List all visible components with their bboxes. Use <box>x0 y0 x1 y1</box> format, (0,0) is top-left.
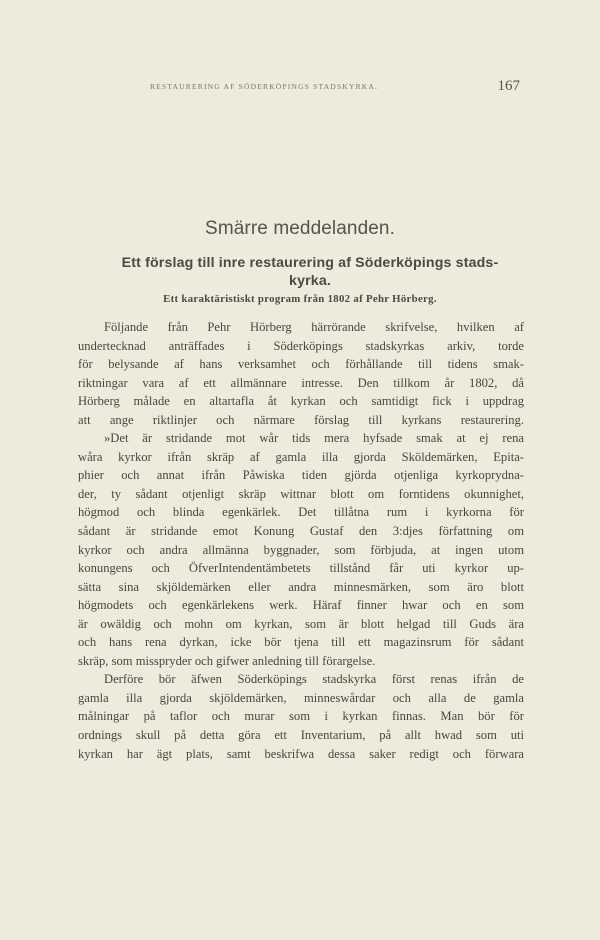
paragraph-2-line-7: kyrkor och andra allmänna byggnader, som… <box>78 541 524 560</box>
paragraph-2-line-11: är owäldig och mohn om kyrkan, som är bl… <box>78 615 524 634</box>
section-title: Smärre meddelanden. <box>0 218 600 240</box>
paragraph-1-line-5: Hörberg målade en altartafla åt kyrkan o… <box>78 392 524 411</box>
paragraph-2-line-5: högmod och blinda egenkärlek. Det tillåt… <box>78 503 524 522</box>
paragraph-3-line-2: gamla illa gjorda skjöldemärken, minnesw… <box>78 689 524 708</box>
paragraph-2-line-8: konungens och ÖfverIntendentämbetets til… <box>78 559 524 578</box>
running-header: Restaurering af Söderköpings stadskyrka.… <box>150 78 520 98</box>
paragraph-2-line-4: der, ty sådant otjenligt skräp wittnar b… <box>78 485 524 504</box>
paragraph-2-line-3: phier och annat ifrån Påwiska tiden gjör… <box>78 466 524 485</box>
paragraph-2-line-2: wåra kyrkor ifrån skräp af gamla illa gj… <box>78 448 524 467</box>
paragraph-2-line-6: sådant är stridande emot Konung Gustaf d… <box>78 522 524 541</box>
body-text: Följande från Pehr Hörberg härrörande sk… <box>78 318 524 763</box>
article-title-line-2: kyrka. <box>90 272 530 290</box>
running-title: Restaurering af Söderköpings stadskyrka. <box>150 82 378 91</box>
paragraph-2-line-1: »Det är stridande mot wår tids mera hyfs… <box>78 429 524 448</box>
paragraph-1-line-4: riktningar vara af ett allmännare intres… <box>78 374 524 393</box>
paragraph-3-line-1: Derföre bör äfwen Söderköpings stadskyrk… <box>78 670 524 689</box>
article-subtitle: Ett karaktäristiskt program från 1802 af… <box>0 293 600 305</box>
paragraph-3-line-5: kyrkan har ägt plats, samt beskrifwa des… <box>78 745 524 764</box>
paragraph-1-line-6: att ange riktlinjer och närmare förslag … <box>78 411 524 430</box>
paragraph-1-line-2: undertecknad anträffades i Söderköpings … <box>78 337 524 356</box>
paragraph-3-line-3: målningar på taflor och murar som i kyrk… <box>78 707 524 726</box>
paragraph-1-line-1: Följande från Pehr Hörberg härrörande sk… <box>78 318 524 337</box>
paragraph-2-line-13: skräp, som misspryder och gifwer anledni… <box>78 652 524 671</box>
paragraph-1-line-3: för belysande af hans verksamhet och för… <box>78 355 524 374</box>
paragraph-2-line-9: sätta sina skjöldemärken eller andra min… <box>78 578 524 597</box>
page-number: 167 <box>498 78 521 95</box>
paragraph-2-line-12: och hans rena dyrkan, icke bör tjena til… <box>78 633 524 652</box>
paragraph-3-line-4: ordnings skull på detta göra ett Inventa… <box>78 726 524 745</box>
article-title: Ett förslag till inre restaurering af Sö… <box>90 254 530 290</box>
article-title-line-1: Ett förslag till inre restaurering af Sö… <box>90 254 530 272</box>
paragraph-2-line-10: högmodets och egenkärlekens werk. Häraf … <box>78 596 524 615</box>
document-page: Restaurering af Söderköpings stadskyrka.… <box>0 0 600 940</box>
